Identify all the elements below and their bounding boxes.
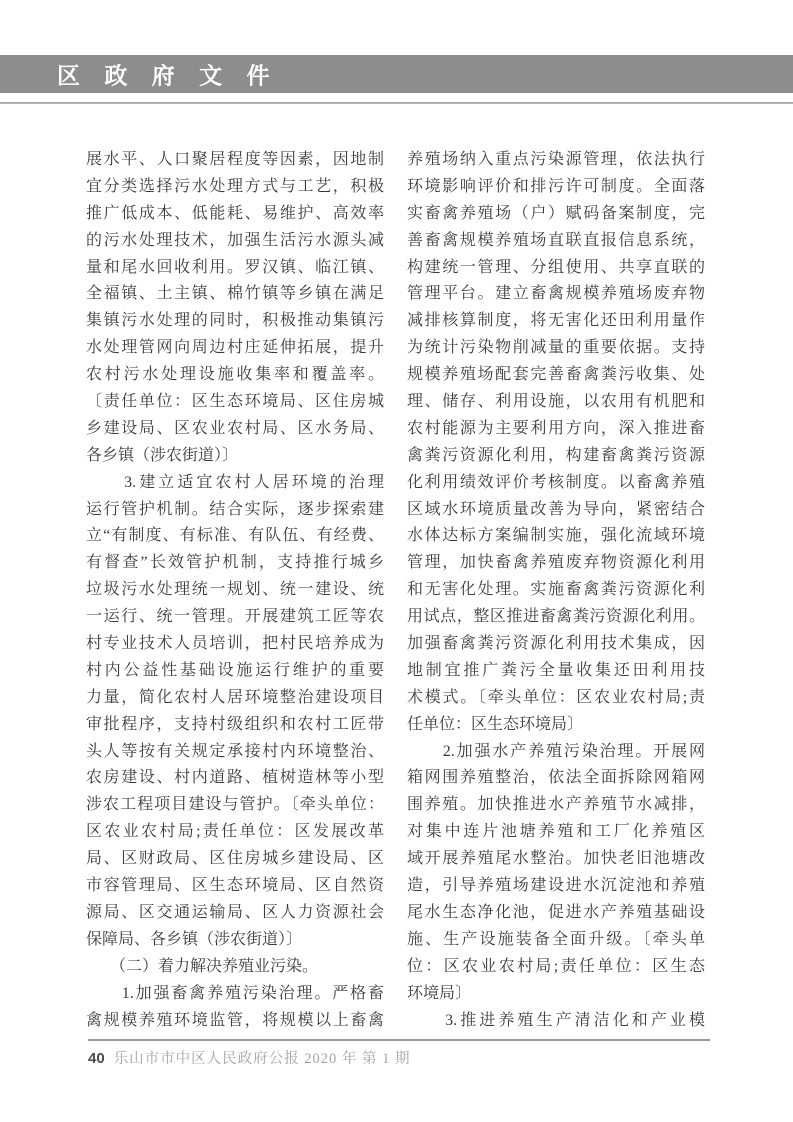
text-line: 集镇污水处理的同时，积极推动集镇污 — [86, 308, 384, 335]
text-line: 源局、区交通运输局、区人力资源社会 — [86, 900, 384, 927]
banner-divider-rule — [0, 102, 793, 104]
text-line: 区域水环境质量改善为导向，紧密结合 — [407, 497, 705, 524]
text-line: 运行管护机制。结合实际，逐步探索建 — [86, 497, 384, 524]
text-line: 箱网围养殖整治，依法全面拆除网箱网 — [407, 765, 705, 792]
text-line: 保障局、各乡镇（涉农街道）〕 — [86, 927, 384, 954]
text-line: 用试点，整区推进畜禽粪污资源化利用。 — [407, 604, 705, 631]
text-line: 垃圾污水处理统一规划、统一建设、统 — [86, 577, 384, 604]
text-line: 区农业农村局;责任单位：区发展改革 — [86, 819, 384, 846]
text-line: 立“有制度、有标准、有队伍、有经费、 — [86, 523, 384, 550]
text-line: 的污水处理技术，加强生活污水源头减 — [86, 228, 384, 255]
text-line: 造，引导养殖场建设进水沉淀池和养殖 — [407, 873, 705, 900]
text-line: 村专业技术人员培训，把村民培养成为 — [86, 631, 384, 658]
text-line: 3.推进养殖生产清洁化和产业模 — [407, 1008, 705, 1035]
section-banner: 区 政 府 文 件 — [0, 55, 793, 93]
document-page: 区 政 府 文 件 展水平、人口聚居程度等因素，因地制宜分类选择污水处理方式与工… — [0, 0, 793, 1122]
text-line: 乡建设局、区农业农村局、区水务局、 — [86, 416, 384, 443]
text-line: 为统计污染物削减量的重要依据。支持 — [407, 335, 705, 362]
text-line: 环境影响评价和排污许可制度。全面落 — [407, 174, 705, 201]
text-line: 量和尾水回收利用。罗汉镇、临江镇、 — [86, 255, 384, 282]
text-line: 管理，加快畜禽养殖废弃物资源化利用 — [407, 550, 705, 577]
text-line: 农村能源为主要利用方向，深入推进畜 — [407, 416, 705, 443]
text-line: 宜分类选择污水处理方式与工艺，积极 — [86, 174, 384, 201]
text-line: 管理平台。建立畜禽规模养殖场废弃物 — [407, 281, 705, 308]
text-line: （二）着力解决养殖业污染。 — [86, 954, 384, 981]
text-line: 水处理管网向周边村庄延伸拓展，提升 — [86, 335, 384, 362]
footer-divider-rule — [88, 1039, 710, 1041]
right-column: 养殖场纳入重点污染源管理，依法执行环境影响评价和排污许可制度。全面落实畜禽养殖场… — [407, 147, 705, 1034]
text-line: 各乡镇（涉农街道）〕 — [86, 443, 384, 470]
text-line: 禽规模养殖环境监管，将规模以上畜禽 — [86, 1008, 384, 1035]
text-line: 有督查”长效管护机制，支持推行城乡 — [86, 550, 384, 577]
text-line: 化利用绩效评价考核制度。以畜禽养殖 — [407, 470, 705, 497]
text-line: 村内公益性基础设施运行维护的重要 — [86, 658, 384, 685]
text-line: 任单位：区生态环境局〕 — [407, 712, 705, 739]
left-column: 展水平、人口聚居程度等因素，因地制宜分类选择污水处理方式与工艺，积极推广低成本、… — [86, 147, 384, 1034]
text-line: 围养殖。加快推进水产养殖节水减排， — [407, 792, 705, 819]
text-line: 涉农工程项目建设与管护。〔牵头单位： — [86, 792, 384, 819]
text-line: 农村污水处理设施收集率和覆盖率。 — [86, 362, 384, 389]
body-text: 展水平、人口聚居程度等因素，因地制宜分类选择污水处理方式与工艺，积极推广低成本、… — [86, 147, 705, 1034]
text-line: 构建统一管理、分组使用、共享直联的 — [407, 255, 705, 282]
text-line: 善畜禽规模养殖场直联直报信息系统， — [407, 228, 705, 255]
text-line: 审批程序，支持村级组织和农村工匠带 — [86, 712, 384, 739]
text-line: 实畜禽养殖场（户）赋码备案制度，完 — [407, 201, 705, 228]
text-line: 推广低成本、低能耗、易维护、高效率 — [86, 201, 384, 228]
text-line: 农房建设、村内道路、植树造林等小型 — [86, 765, 384, 792]
text-line: 力量，简化农村人居环境整治建设项目 — [86, 685, 384, 712]
text-line: 尾水生态净化池，促进水产养殖基础设 — [407, 900, 705, 927]
text-line: 全福镇、土主镇、棉竹镇等乡镇在满足 — [86, 281, 384, 308]
text-line: 减排核算制度，将无害化还田利用量作 — [407, 308, 705, 335]
text-line: 禽粪污资源化利用，构建畜禽粪污资源 — [407, 443, 705, 470]
text-line: 1.加强畜禽养殖污染治理。严格畜 — [86, 981, 384, 1008]
text-line: 环境局〕 — [407, 981, 705, 1008]
text-line: 对集中连片池塘养殖和工厂化养殖区 — [407, 819, 705, 846]
text-line: 理、储存、利用设施，以农用有机肥和 — [407, 389, 705, 416]
text-line: 3.建立适宜农村人居环境的治理 — [86, 470, 384, 497]
text-line: 水体达标方案编制实施，强化流域环境 — [407, 523, 705, 550]
text-line: 施、生产设施装备全面升级。〔牵头单 — [407, 927, 705, 954]
text-line: 地制宜推广粪污全量收集还田利用技 — [407, 658, 705, 685]
text-line: 规模养殖场配套完善畜禽粪污收集、处 — [407, 362, 705, 389]
text-line: 市容管理局、区生态环境局、区自然资 — [86, 873, 384, 900]
text-line: 养殖场纳入重点污染源管理，依法执行 — [407, 147, 705, 174]
section-banner-title: 区 政 府 文 件 — [57, 58, 279, 91]
text-line: 和无害化处理。实施畜禽粪污资源化利 — [407, 577, 705, 604]
text-line: 2.加强水产养殖污染治理。开展网 — [407, 739, 705, 766]
text-line: 术模式。〔牵头单位：区农业农村局;责 — [407, 685, 705, 712]
text-line: 一运行、统一管理。开展建筑工匠等农 — [86, 604, 384, 631]
text-line: 头人等按有关规定承接村内环境整治、 — [86, 739, 384, 766]
text-line: 位：区农业农村局;责任单位：区生态 — [407, 954, 705, 981]
gazette-title: 乐山市市中区人民政府公报 2020 年 第 1 期 — [114, 1047, 411, 1068]
text-line: 域开展养殖尾水整治。加快老旧池塘改 — [407, 846, 705, 873]
page-footer: 40 乐山市市中区人民政府公报 2020 年 第 1 期 — [88, 1047, 411, 1068]
page-number: 40 — [88, 1050, 105, 1067]
text-line: 加强畜禽粪污资源化利用技术集成，因 — [407, 631, 705, 658]
text-line: 展水平、人口聚居程度等因素，因地制 — [86, 147, 384, 174]
text-line: 局、区财政局、区住房城乡建设局、区 — [86, 846, 384, 873]
text-line: 〔责任单位：区生态环境局、区住房城 — [86, 389, 384, 416]
